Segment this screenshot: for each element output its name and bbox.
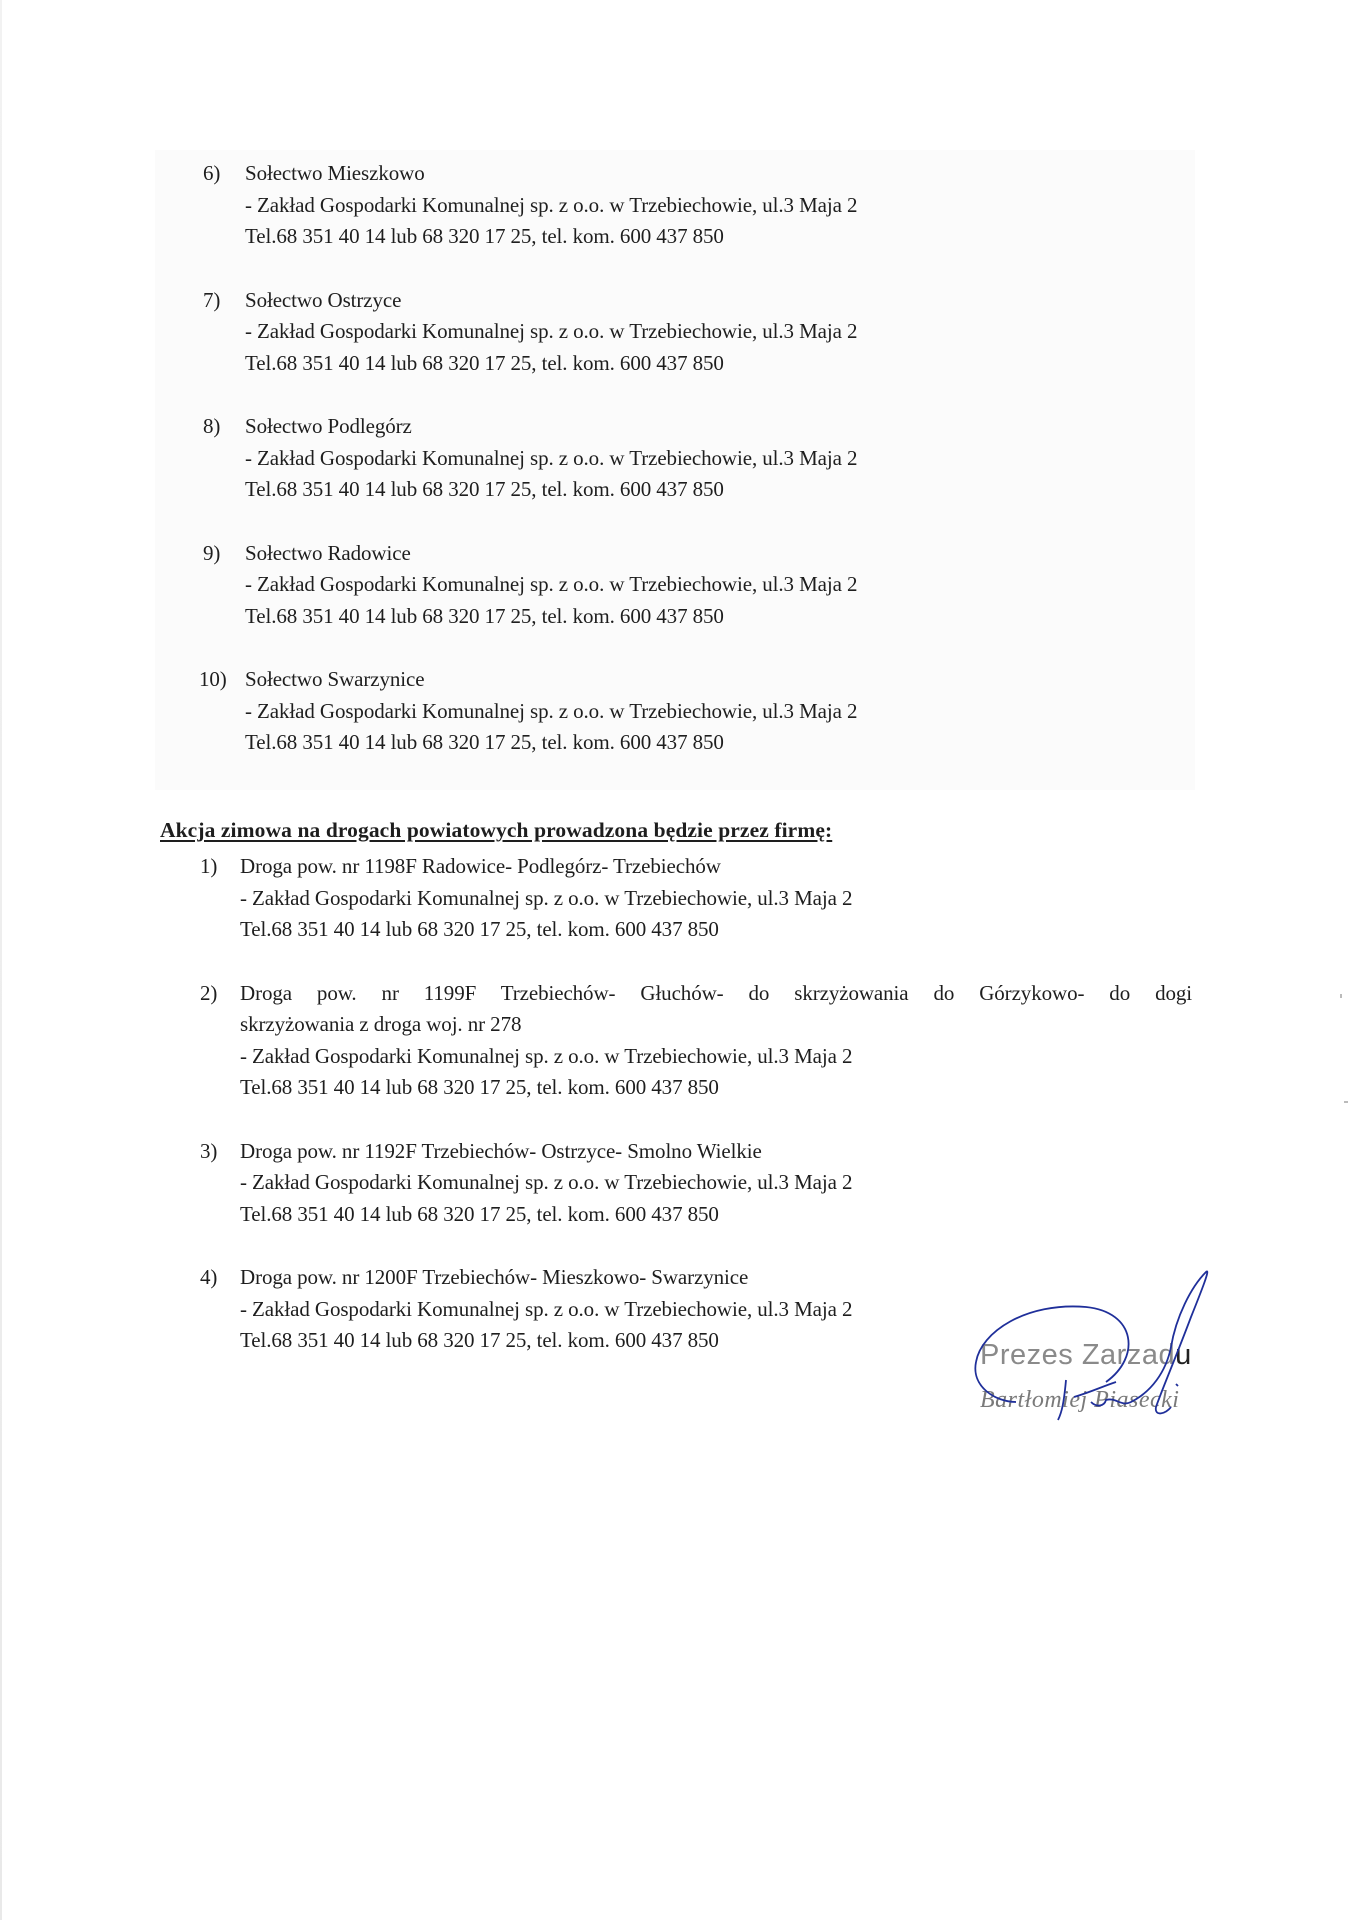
item-number: 10) — [199, 664, 227, 696]
item-phone: Tel.68 351 40 14 lub 68 320 17 25, tel. … — [240, 1072, 1192, 1104]
scan-speck — [1340, 994, 1342, 998]
item-title: Sołectwo Mieszkowo — [245, 158, 1203, 190]
item-title: Droga pow. nr 1199F Trzebiechów- Głuchów… — [240, 978, 1192, 1010]
item-title: Droga pow. nr 1192F Trzebiechów- Ostrzyc… — [240, 1136, 1192, 1168]
item-company: - Zakład Gospodarki Komunalnej sp. z o.o… — [245, 190, 1203, 222]
item-number: 3) — [200, 1136, 217, 1168]
village-list: 6) Sołectwo Mieszkowo - Zakład Gospodark… — [203, 158, 1203, 791]
item-title: Sołectwo Podlegórz — [245, 411, 1203, 443]
item-number: 1) — [200, 851, 217, 883]
item-phone: Tel.68 351 40 14 lub 68 320 17 25, tel. … — [245, 601, 1203, 633]
item-company: - Zakład Gospodarki Komunalnej sp. z o.o… — [245, 569, 1203, 601]
scan-speck — [1344, 1101, 1348, 1103]
item-number: 4) — [200, 1262, 217, 1294]
document-page: 6) Sołectwo Mieszkowo - Zakład Gospodark… — [0, 0, 1357, 1920]
item-title: Sołectwo Swarzynice — [245, 664, 1203, 696]
item-number: 9) — [203, 538, 220, 570]
item-phone: Tel.68 351 40 14 lub 68 320 17 25, tel. … — [245, 474, 1203, 506]
list-item: 8) Sołectwo Podlegórz - Zakład Gospodark… — [203, 411, 1203, 506]
section-heading: Akcja zimowa na drogach powiatowych prow… — [160, 818, 832, 843]
item-company: - Zakład Gospodarki Komunalnej sp. z o.o… — [245, 696, 1203, 728]
item-number: 7) — [203, 285, 220, 317]
signature-stamp: Prezes Zarzadu Bartłomiej Piasecki — [966, 1262, 1216, 1442]
handwritten-signature-icon — [966, 1262, 1216, 1442]
item-phone: Tel.68 351 40 14 lub 68 320 17 25, tel. … — [240, 914, 1192, 946]
item-company: - Zakład Gospodarki Komunalnej sp. z o.o… — [240, 1041, 1192, 1073]
list-item: 1) Droga pow. nr 1198F Radowice- Podlegó… — [200, 851, 1192, 946]
list-item: 9) Sołectwo Radowice - Zakład Gospodarki… — [203, 538, 1203, 633]
item-number: 2) — [200, 978, 217, 1010]
item-company: - Zakład Gospodarki Komunalnej sp. z o.o… — [245, 443, 1203, 475]
list-item: 3) Droga pow. nr 1192F Trzebiechów- Ostr… — [200, 1136, 1192, 1231]
item-title: Sołectwo Radowice — [245, 538, 1203, 570]
item-title: Droga pow. nr 1198F Radowice- Podlegórz-… — [240, 851, 1192, 883]
list-item: 6) Sołectwo Mieszkowo - Zakład Gospodark… — [203, 158, 1203, 253]
item-number: 6) — [203, 158, 220, 190]
item-title-continuation: skrzyżowania z droga woj. nr 278 — [240, 1009, 1192, 1041]
item-phone: Tel.68 351 40 14 lub 68 320 17 25, tel. … — [245, 727, 1203, 759]
item-phone: Tel.68 351 40 14 lub 68 320 17 25, tel. … — [245, 221, 1203, 253]
item-company: - Zakład Gospodarki Komunalnej sp. z o.o… — [240, 1167, 1192, 1199]
item-phone: Tel.68 351 40 14 lub 68 320 17 25, tel. … — [245, 348, 1203, 380]
list-item: 7) Sołectwo Ostrzyce - Zakład Gospodarki… — [203, 285, 1203, 380]
item-company: - Zakład Gospodarki Komunalnej sp. z o.o… — [240, 883, 1192, 915]
item-title: Sołectwo Ostrzyce — [245, 285, 1203, 317]
item-company: - Zakład Gospodarki Komunalnej sp. z o.o… — [245, 316, 1203, 348]
list-item: 2) Droga pow. nr 1199F Trzebiechów- Głuc… — [200, 978, 1192, 1104]
list-item: 10) Sołectwo Swarzynice - Zakład Gospoda… — [203, 664, 1203, 759]
item-phone: Tel.68 351 40 14 lub 68 320 17 25, tel. … — [240, 1199, 1192, 1231]
item-number: 8) — [203, 411, 220, 443]
